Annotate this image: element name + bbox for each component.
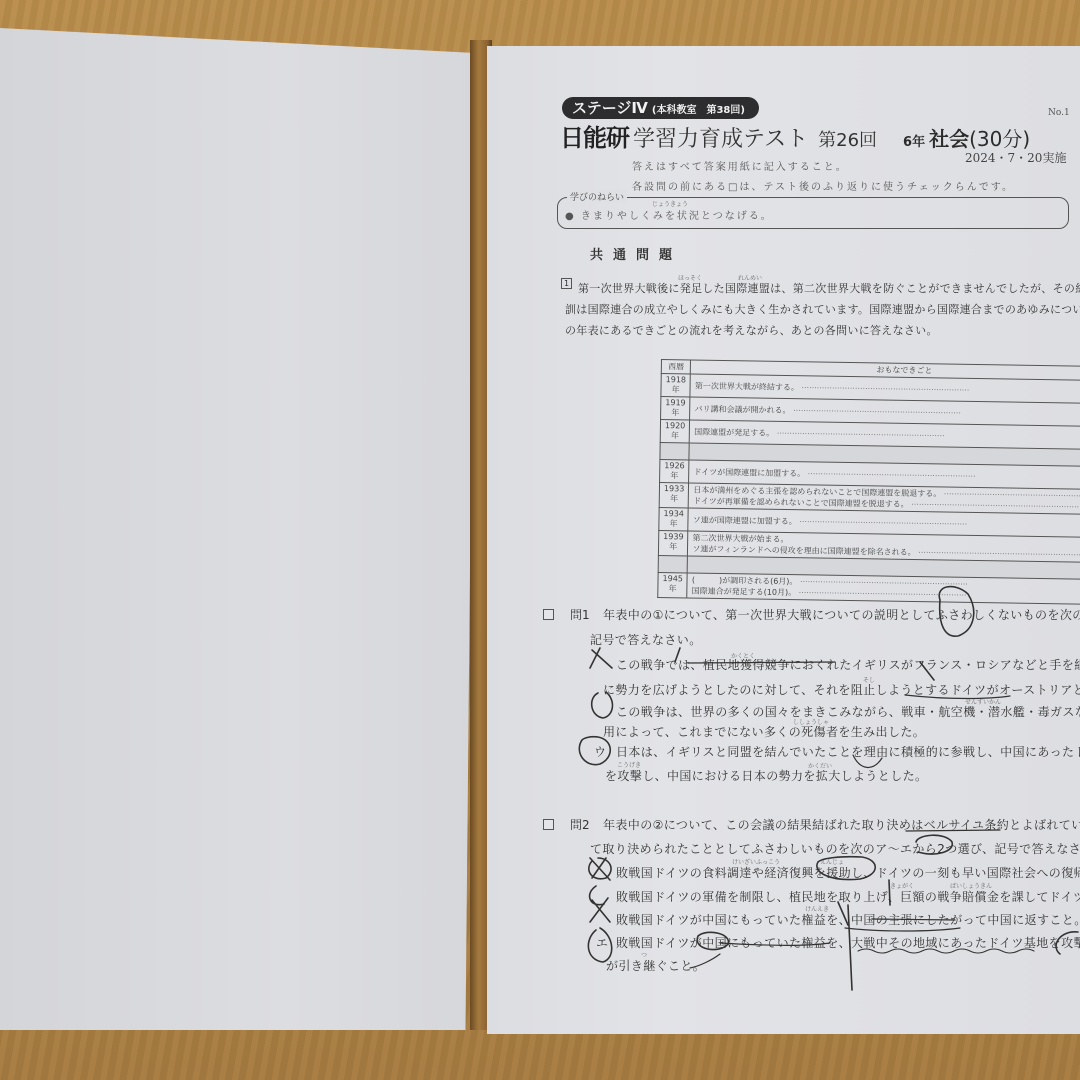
dotted-leader: ········································… — [791, 406, 962, 418]
question-prompt: 記号で答えなさい。 — [590, 631, 702, 648]
review-checkbox-q1[interactable] — [543, 609, 554, 620]
learning-aim-label: 学びのねらい — [567, 190, 627, 203]
stage-label: ステージⅣ — [572, 99, 648, 117]
instruction-line: 各設問の前にある□は、テスト後のふり返りに使うチェックらんです。 — [632, 178, 1014, 193]
ruby-annotation: そし — [863, 675, 875, 684]
column-header-year: 西暦 — [661, 360, 691, 374]
question-number-box: 1 — [561, 278, 572, 289]
timeline-year: 1926年 — [660, 459, 690, 482]
event-text: ドイツが再軍備を認められないことで国際連盟を脱退する。 — [693, 497, 909, 509]
event-text: 第一次世界大戦が終結する。 — [695, 381, 799, 392]
intro-line: の年表にあるできごとの流れを考えながら、あとの各問いに答えなさい。 — [565, 322, 938, 338]
instruction-line: 答えはすべて答案用紙に記入すること。 — [632, 158, 848, 173]
ruby-annotation: かくとく — [731, 651, 755, 660]
choice-text: を攻撃し、中国における日本の勢力を拡大しようとした。 — [605, 767, 927, 784]
event-text: ドイツが国際連盟に加盟する。 — [694, 467, 806, 478]
event-text: パリ講和会議が開かれる。 — [695, 404, 791, 415]
ruby-annotation: ししょうしゃ — [793, 717, 829, 726]
test-date: 2024・7・20実施 — [965, 149, 1066, 166]
dotted-leader: ········································… — [797, 517, 968, 529]
event-text: ソ連が国際連盟に加盟する。 — [693, 515, 797, 526]
stage-sub-label: (本科教室 第38回) — [652, 105, 745, 116]
timeline-year: 1934年 — [659, 507, 689, 530]
event-text: 国際連合が発足する(10月)。 — [692, 587, 797, 598]
dotted-leader: ········································… — [799, 383, 970, 395]
question-label: 問1 — [570, 606, 590, 623]
ruby-annotation: せんすいかん — [965, 697, 1001, 706]
choice-mark: エ — [596, 934, 608, 951]
choice-text: 敗戦国ドイツが中国にもっていた権益を、中国の主張にしたがって中国に返すこと。 — [616, 911, 1080, 928]
question-prompt: 年表中の①について、第一次世界大戦についての説明としてふさわしくないものを次のア… — [603, 606, 1080, 623]
choice-text: が引き継ぐこと。 — [606, 957, 705, 974]
brand-logo: 日能研 — [560, 124, 629, 152]
event-text: ソ連がフィンランドへの侵攻を理由に国際連盟を除名される。 — [692, 545, 915, 558]
stage-banner: ステージⅣ(本科教室 第38回) — [562, 97, 759, 119]
timeline-event: ソ連が国際連盟に加盟する。 ··························… — [693, 514, 1080, 532]
dotted-leader: ········································… — [909, 500, 1080, 512]
subject-label: 社会 — [929, 127, 969, 151]
test-round: 第26回 — [818, 130, 877, 151]
timeline-event: パリ講和会議が開かれる。 ···························… — [694, 403, 1080, 421]
review-checkbox-q2[interactable] — [543, 819, 554, 830]
timeline-year: 1920年 — [660, 420, 690, 443]
timeline-year: 1945年 — [658, 572, 688, 597]
intro-line: 第一次世界大戦後に発足した国際連盟は、第二次世界大戦を防ぐことができませんでした… — [578, 280, 1080, 296]
test-title: 日能研学習力育成テスト第26回6年社会(30分) — [560, 118, 1030, 153]
timeline-year: 1939年 — [658, 530, 688, 555]
choice-text: に勢力を広げようとしたのに対して、それを阻止しようとするドイツがオーストリアと手… — [603, 681, 1080, 698]
left-page-blank — [0, 28, 475, 1030]
choice-text: 敗戦国ドイツが中国にもっていた権益を、大戦中その地域にあったドイツ基地を攻撃 — [616, 934, 1080, 951]
choice-text: 用によって、これまでにない多くの死傷者を生み出した。 — [603, 723, 925, 740]
grade-label: 6年 — [903, 135, 925, 150]
timeline-event: 国際連盟が発足する。 ·····························… — [694, 426, 1080, 444]
choice-text: 日本は、イギリスと同盟を結んでいたことを理由に積極的に参戦し、中国にあったドイツ — [616, 743, 1080, 760]
dotted-leader: ········································… — [916, 548, 1080, 560]
intro-line: 訓は国際連合の成立やしくみにも大きく生かされています。国際連盟から国際連合までの… — [565, 301, 1080, 317]
timeline-year: 1919年 — [661, 397, 691, 420]
dotted-leader: ········································… — [774, 428, 945, 440]
page-number: No.1 — [1048, 108, 1070, 118]
question-prompt: て取り決められたこととしてふさわしいものを次のア～エから2つ選び、記号で答えなさ… — [590, 840, 1080, 857]
choice-text: この戦争は、世界の多くの国々をまきこみながら、戦車・航空機・潜水艦・毒ガスなどの — [616, 703, 1080, 720]
event-text: 国際連盟が発足する。 — [694, 427, 774, 437]
timeline-year: 1933年 — [659, 482, 689, 507]
timeline-year: 1918年 — [661, 374, 691, 397]
choice-text: 敗戦国ドイツの軍備を制限し、植民地を取り上げ、巨額の戦争賠償金を課してドイツの — [616, 888, 1080, 905]
question-label: 問2 — [570, 816, 590, 833]
dotted-leader: ········································… — [796, 588, 967, 600]
ruby-annotation: かくだい — [808, 761, 832, 770]
timeline-year — [660, 442, 690, 459]
test-name: 学習力育成テスト — [633, 127, 808, 152]
choice-mark: ウ — [594, 743, 606, 760]
duration-label: (30分) — [969, 127, 1030, 151]
event-text: 第二次世界大戦が始まる。 — [692, 534, 788, 545]
learning-aim-text: ● きまりやしくみを状況とつなげる。 — [565, 207, 773, 222]
timeline-event: 第一次世界大戦が終結する。 ··························… — [695, 380, 1080, 398]
question-prompt: 年表中の②について、この会議の結果結ばれた取り決めはベルサイユ条約とよばれていま — [603, 816, 1080, 833]
choice-text: この戦争では、植民地獲得競争におくれたイギリスがフランス・ロシアなどと手を組んで… — [616, 656, 1080, 673]
choice-text: 敗戦国ドイツの食料調達や経済復興を援助し、ドイツの一刻も早い国際社会への復帰を — [616, 864, 1080, 881]
timeline-event: ドイツが国際連盟に加盟する。 ·························… — [694, 466, 1080, 484]
dotted-leader: ········································… — [805, 469, 976, 481]
timeline-table: 西暦 おもなできごと 1918年第一次世界大戦が終結する。 ··········… — [657, 359, 1080, 605]
section-title: 共通問題 — [590, 244, 682, 263]
timeline-year — [658, 555, 688, 572]
event-text: ( )が調印される(6月)。 — [692, 576, 798, 587]
